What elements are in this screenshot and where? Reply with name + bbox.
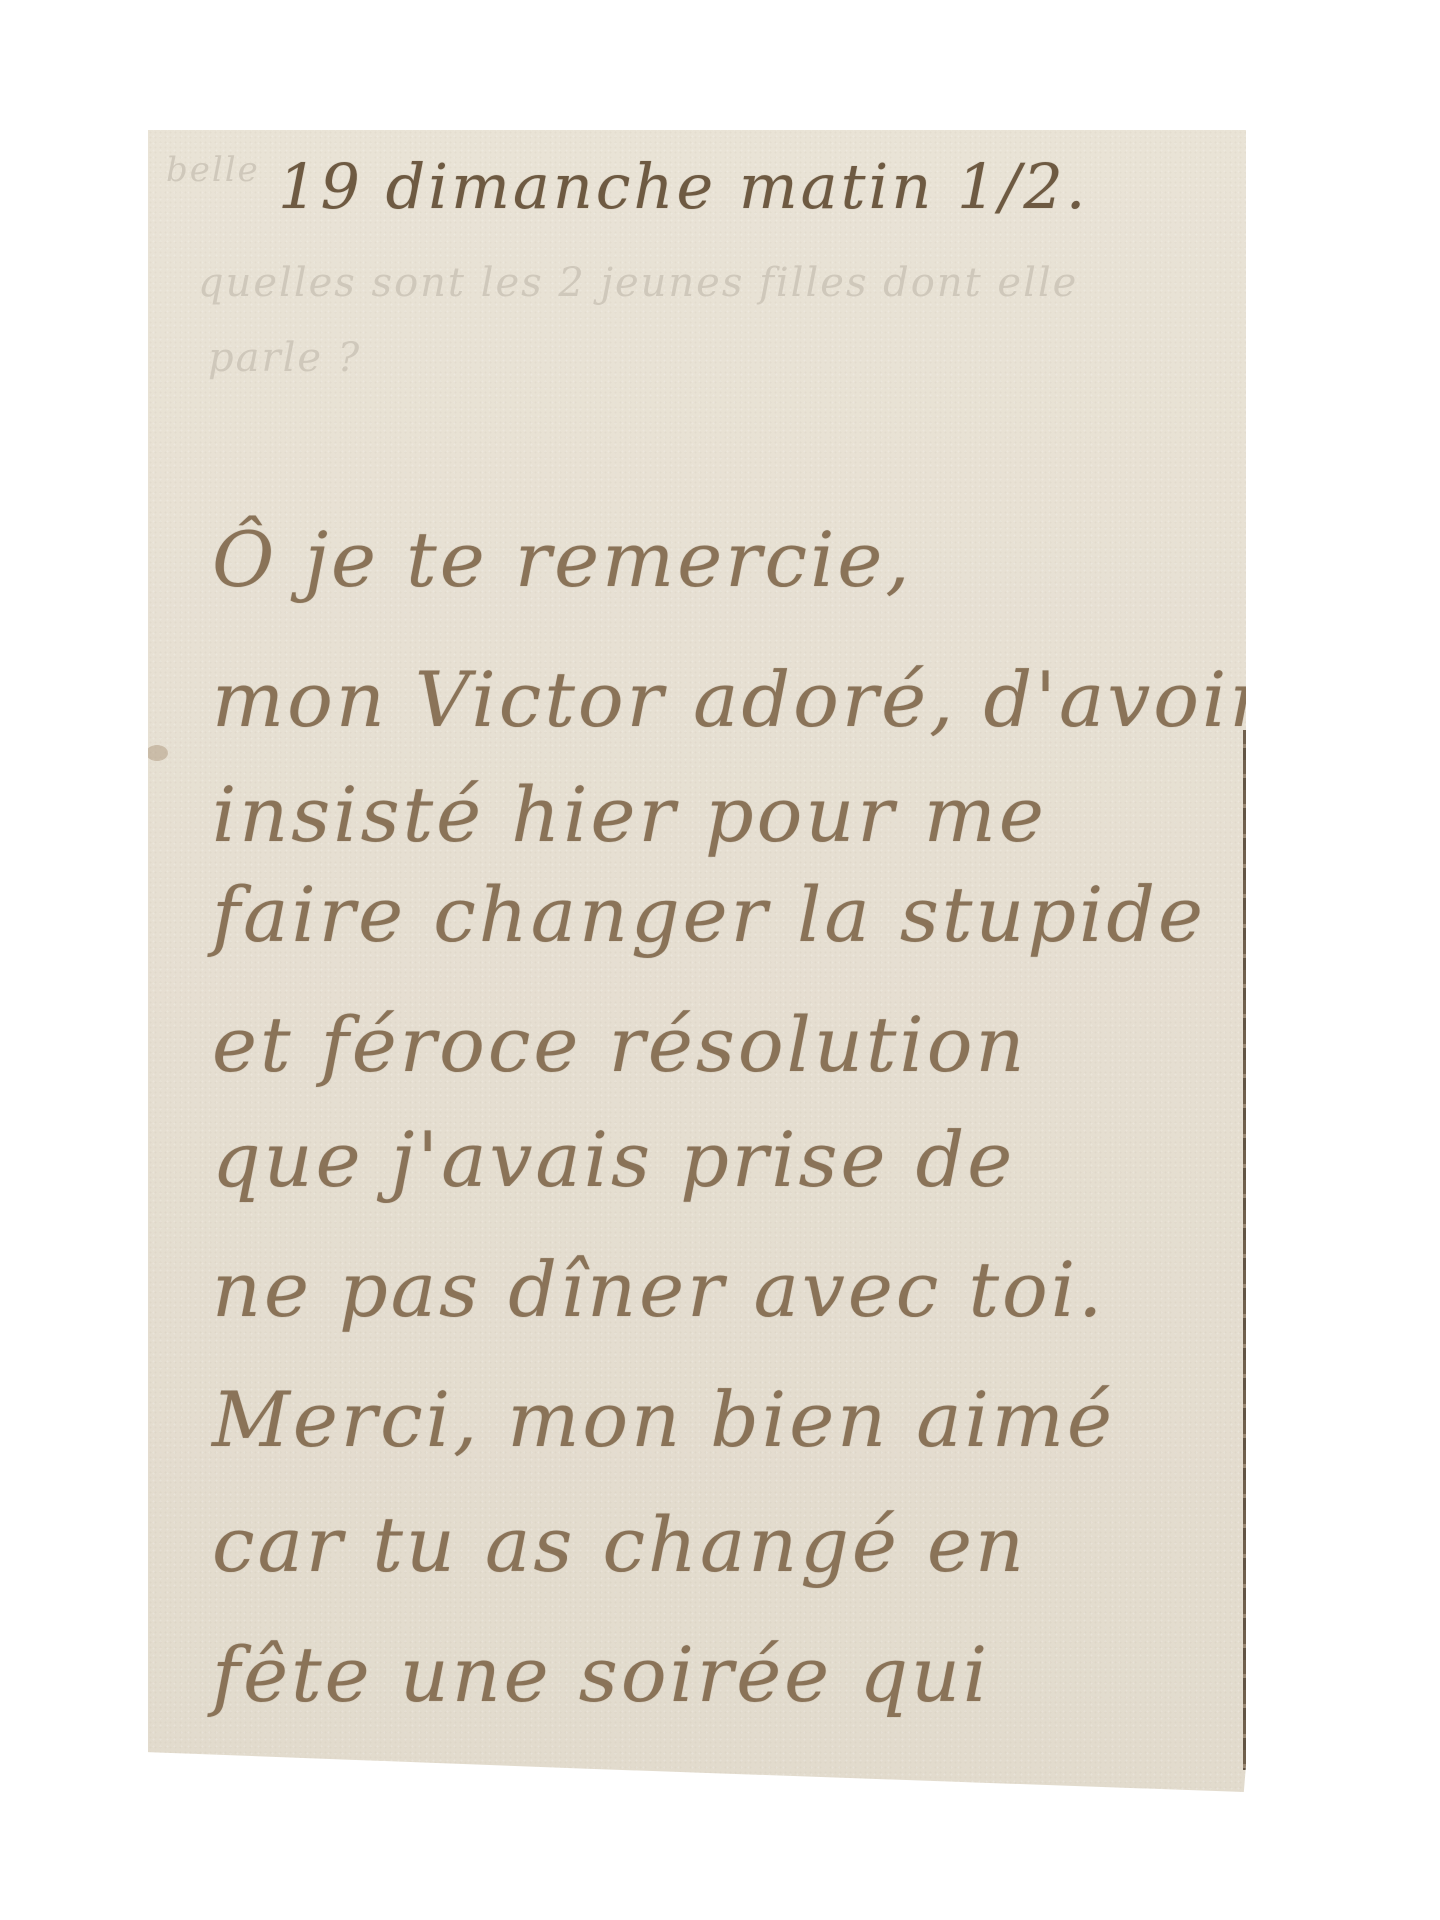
letter-line: faire changer la stupide: [212, 870, 1206, 959]
letter-line: ne pas dîner avec toi.: [212, 1245, 1105, 1334]
ink-blot: [146, 745, 168, 761]
letter-page: belle quelles sont les 2 jeunes filles d…: [148, 130, 1246, 1792]
letter-line: Ô je te remercie,: [212, 515, 913, 604]
letter-line: mon Victor adoré, d'avoir: [212, 655, 1269, 744]
pencil-annotation-line-2: parle ?: [208, 335, 361, 381]
pencil-annotation-line-1: quelles sont les 2 jeunes filles dont el…: [198, 260, 1078, 306]
letter-line: fête une soirée qui: [212, 1630, 990, 1719]
letter-date-heading: 19 dimanche matin 1/2.: [278, 150, 1088, 223]
letter-line: car tu as changé en: [212, 1500, 1027, 1589]
letter-line: insisté hier pour me: [212, 770, 1047, 859]
pencil-margin-note: belle: [166, 150, 260, 190]
letter-line: Merci, mon bien aimé: [212, 1375, 1115, 1464]
letter-line: et féroce résolution: [212, 1000, 1027, 1089]
deckled-right-edge: [1243, 730, 1246, 1770]
letter-line: que j'avais prise de: [212, 1115, 1015, 1204]
